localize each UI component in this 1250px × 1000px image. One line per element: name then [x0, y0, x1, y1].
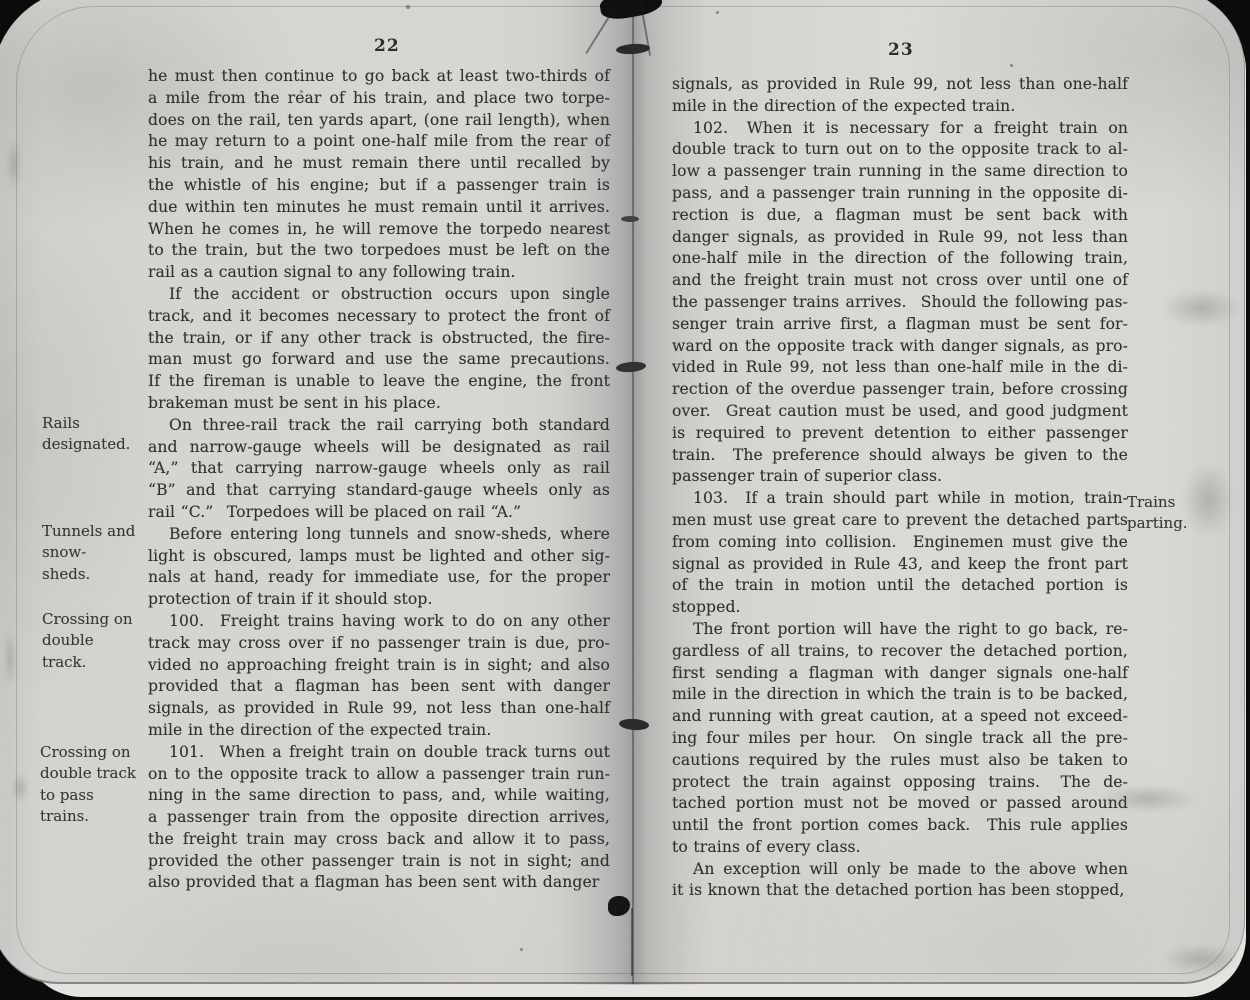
text-line: On three-rail track the rail carrying bo… — [148, 415, 610, 437]
text-line: snow- — [42, 542, 152, 563]
text-line: 101. When a freight train on double trac… — [148, 742, 610, 764]
text-line: rail as a caution signal to any followin… — [148, 262, 610, 284]
text-line: low a passenger train running in the sam… — [672, 161, 1128, 183]
text-line: he may return to a point one-half mile f… — [148, 131, 610, 153]
paragraph-tunnels-snowsheds: Before entering long tunnels and snow-sh… — [148, 524, 610, 611]
text-line: 102. When it is necessary for a freight … — [672, 118, 1128, 140]
show-through-smudge — [1146, 282, 1250, 334]
left-page-text-column: he must then continue to go back at leas… — [148, 66, 610, 894]
text-line: rection is due, a flagman must be sent b… — [672, 205, 1128, 227]
text-line: gardless of all trains, to recover the d… — [672, 641, 1128, 663]
paragraph-rule-103: 103. If a train should part while in mot… — [672, 488, 1128, 619]
text-line: vided in Rule 99, not less than one-half… — [672, 357, 1128, 379]
text-line: man must go forward and use the same pre… — [148, 349, 610, 371]
text-line: vided no approaching freight train is in… — [148, 655, 610, 677]
text-line: to the train, but the two torpedoes must… — [148, 240, 610, 262]
text-line: over. Great caution must be used, and go… — [672, 401, 1128, 423]
text-line: If the accident or obstruction occurs up… — [148, 284, 610, 306]
show-through-smudge — [4, 128, 24, 200]
paragraph-continuation: he must then continue to go back at leas… — [148, 66, 610, 284]
show-through-smudge — [1078, 780, 1218, 818]
show-through-smudge — [1146, 938, 1250, 980]
text-line: double track to turn out on to the oppos… — [672, 139, 1128, 161]
paragraph-single-track-protection: If the accident or obstruction occurs up… — [148, 284, 610, 415]
margin-note-tunnels-snowsheds: Tunnels andsnow-sheds. — [42, 521, 152, 585]
text-line: one-half mile in the direction of the fo… — [672, 248, 1128, 270]
text-line: until the front portion comes back. This… — [672, 815, 1128, 837]
text-line: provided the other passenger train is no… — [148, 851, 610, 873]
text-line: protection of train if it should stop. — [148, 589, 610, 611]
text-line: protect the train against opposing train… — [672, 772, 1128, 794]
binding-seam — [632, 0, 634, 984]
text-line: nals at hand, ready for immediate use, f… — [148, 567, 610, 589]
dust-speck — [406, 5, 410, 9]
text-line: is required to prevent detention to eith… — [672, 423, 1128, 445]
text-line: track may cross over if no passenger tra… — [148, 633, 610, 655]
text-line: to trains of every class. — [672, 837, 1128, 859]
text-line: track, and it becomes necessary to prote… — [148, 306, 610, 328]
paragraph-exception: An exception will only be made to the ab… — [672, 859, 1128, 903]
text-line: designated. — [42, 434, 152, 455]
text-line: When he comes in, he will remove the tor… — [148, 219, 610, 241]
dust-speck — [716, 11, 719, 14]
dust-speck — [300, 90, 303, 93]
paragraph-rule-100: 100. Freight trains having work to do on… — [148, 611, 610, 742]
show-through-smudge — [1172, 448, 1244, 552]
paragraph-rails-designated: On three-rail track the rail carrying bo… — [148, 415, 610, 524]
text-line: If the fireman is unable to leave the en… — [148, 371, 610, 393]
text-line: stopped. — [672, 597, 1128, 619]
text-line: a passenger train from the opposite dire… — [148, 807, 610, 829]
margin-note-crossing-double-track: Crossing ondoubletrack. — [42, 609, 152, 673]
book-scan: 22 23 he must then continue to go back a… — [0, 0, 1250, 1000]
text-line: tached portion must not be moved or pass… — [672, 793, 1128, 815]
text-line: mile in the direction of the expected tr… — [148, 720, 610, 742]
text-line: from coming into collision. Enginemen mu… — [672, 532, 1128, 554]
text-line: Crossing on — [42, 609, 152, 630]
text-line: train. The preference should always be g… — [672, 445, 1128, 467]
text-line: rection of the overdue passenger train, … — [672, 379, 1128, 401]
text-line: The front portion will have the right to… — [672, 619, 1128, 641]
dust-speck — [1010, 64, 1013, 67]
paragraph-rule-101: 101. When a freight train on double trac… — [148, 742, 610, 895]
text-line: An exception will only be made to the ab… — [672, 859, 1128, 881]
text-line: due within ten minutes he must remain un… — [148, 197, 610, 219]
paragraph-rule-101-continuation: signals, as provided in Rule 99, not les… — [672, 74, 1128, 118]
text-line: signals, as provided in Rule 99, not les… — [672, 74, 1128, 96]
text-line: does on the rail, ten yards apart, (one … — [148, 110, 610, 132]
paragraph-rule-102: 102. When it is necessary for a freight … — [672, 118, 1128, 489]
text-line: Before entering long tunnels and snow-sh… — [148, 524, 610, 546]
margin-note-crossing-to-pass-trains: Crossing ondouble trackto passtrains. — [40, 742, 158, 828]
text-line: trains. — [40, 806, 158, 827]
dust-speck — [520, 948, 523, 951]
text-line: brakeman must be sent in his place. — [148, 393, 610, 415]
page-number-right: 23 — [888, 40, 914, 60]
text-line: to pass — [40, 785, 158, 806]
text-line: and running with great caution, at a spe… — [672, 706, 1128, 728]
text-line: ning in the same direction to pass, and,… — [148, 785, 610, 807]
text-line: signal as provided in Rule 43, and keep … — [672, 554, 1128, 576]
text-line: double track — [40, 763, 158, 784]
text-line: mile in the direction in which the train… — [672, 684, 1128, 706]
text-line: and the freight train must not cross ove… — [672, 270, 1128, 292]
text-line: “B” and that carrying standard-gauge whe… — [148, 480, 610, 502]
text-line: a mile from the rear of his train, and p… — [148, 88, 610, 110]
text-line: signals, as provided in Rule 99, not les… — [148, 698, 610, 720]
binding-stitch — [621, 216, 639, 222]
text-line: his train, and he must remain there unti… — [148, 153, 610, 175]
text-line: ward on the opposite track with danger s… — [672, 336, 1128, 358]
text-line: the train, or if any other track is obst… — [148, 328, 610, 350]
text-line: Tunnels and — [42, 521, 152, 542]
text-line: senger train arrive first, a flagman mus… — [672, 314, 1128, 336]
text-line: on to the opposite track to allow a pass… — [148, 764, 610, 786]
text-line: double — [42, 630, 152, 651]
text-line: light is obscured, lamps must be lighted… — [148, 546, 610, 568]
text-line: also provided that a flagman has been se… — [148, 872, 610, 894]
text-line: Crossing on — [40, 742, 158, 763]
text-line: of the train in motion until the detache… — [672, 575, 1128, 597]
text-line: passenger train of superior class. — [672, 466, 1128, 488]
text-line: mile in the direction of the expected tr… — [672, 96, 1128, 118]
text-line: the freight train may cross back and all… — [148, 829, 610, 851]
text-line: danger signals, as provided in Rule 99, … — [672, 227, 1128, 249]
text-line: the whistle of his engine; but if a pass… — [148, 175, 610, 197]
text-line: pass, and a passenger train running in t… — [672, 183, 1128, 205]
text-line: and narrow-gauge wheels will be designat… — [148, 437, 610, 459]
show-through-smudge — [2, 616, 18, 700]
margin-note-rails-designated: Railsdesignated. — [42, 413, 152, 456]
text-line: first sending a flagman with danger sign… — [672, 663, 1128, 685]
text-line: provided that a flagman has been sent wi… — [148, 676, 610, 698]
text-line: the passenger trains arrives. Should the… — [672, 292, 1128, 314]
text-line: it is known that the detached portion ha… — [672, 880, 1128, 902]
show-through-smudge — [8, 766, 32, 810]
text-line: ing four miles per hour. On single track… — [672, 728, 1128, 750]
text-line: men must use great care to prevent the d… — [672, 510, 1128, 532]
text-line: he must then continue to go back at leas… — [148, 66, 610, 88]
text-line: 100. Freight trains having work to do on… — [148, 611, 610, 633]
text-line: rail “C.” Torpedoes will be placed on ra… — [148, 502, 610, 524]
right-page-text-column: signals, as provided in Rule 99, not les… — [672, 74, 1128, 902]
text-line: Rails — [42, 413, 152, 434]
text-line: “A,” that carrying narrow-gauge wheels o… — [148, 458, 610, 480]
text-line: 103. If a train should part while in mot… — [672, 488, 1128, 510]
text-line: sheds. — [42, 564, 152, 585]
page-number-left: 22 — [374, 36, 400, 56]
binding-seam-tail — [631, 908, 633, 976]
text-line: cautions required by the rules must also… — [672, 750, 1128, 772]
paragraph-front-portion: The front portion will have the right to… — [672, 619, 1128, 859]
text-line: track. — [42, 652, 152, 673]
